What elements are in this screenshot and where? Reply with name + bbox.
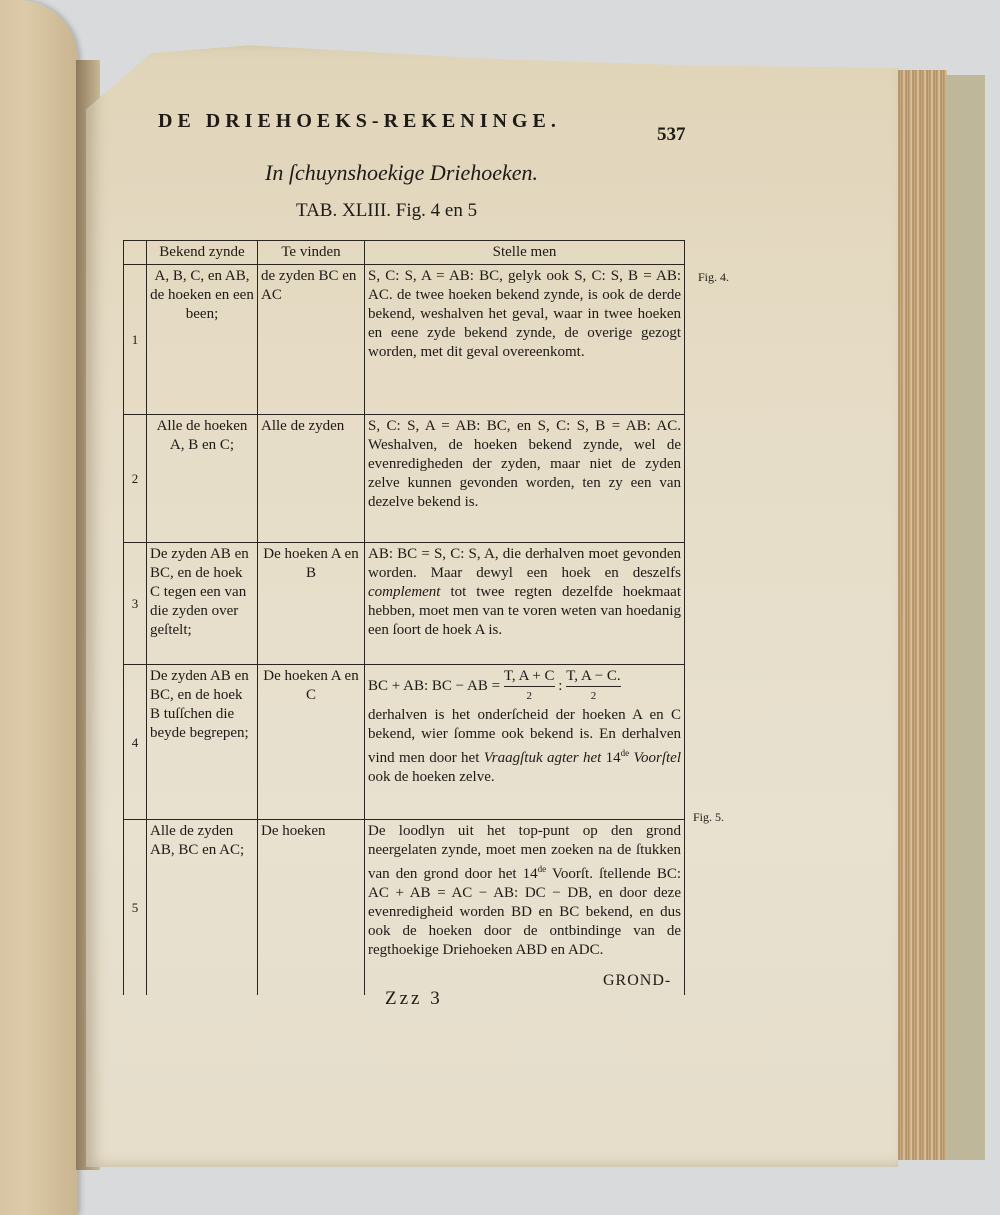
solution-cell: AB: BC = S, C: S, A, die derhalven moet …: [365, 543, 685, 665]
formula-separator: :: [558, 678, 562, 694]
row-number: 4: [124, 665, 147, 820]
triangle-cases-table: Bekend zynde Te vinden Stelle men 1 A, B…: [123, 240, 685, 995]
fraction-2-num: T, A − C.: [566, 667, 620, 686]
row-number: 3: [124, 543, 147, 665]
row-number: 2: [124, 415, 147, 543]
margin-note-fig5: Fig. 5.: [693, 810, 724, 825]
header-solution: Stelle men: [365, 241, 685, 265]
proportion-formula: BC + AB: BC − AB = T, A + C2 : T, A − C.…: [368, 667, 681, 706]
known-cell: A, B, C, en AB, de hoeken en een been;: [147, 265, 258, 415]
section-subtitle: In ſchuynshoekige Driehoeken.: [265, 160, 538, 186]
row-number: 5: [124, 820, 147, 995]
fraction-1: T, A + C2: [504, 667, 555, 706]
page-number: 537: [657, 124, 686, 146]
known-cell: Alle de hoeken A, B en C;: [147, 415, 258, 543]
solution-cell: S, C: S, A = AB: BC, gelyk ook S, C: S, …: [365, 265, 685, 415]
proposition-number: 14: [601, 750, 620, 766]
find-cell: De hoeken A en C: [258, 665, 365, 820]
solution-cell: De loodlyn uit het top-punt op den grond…: [365, 820, 685, 995]
table-row: 1 A, B, C, en AB, de hoeken en een been;…: [124, 265, 685, 415]
known-cell: De zyden AB en BC, en de hoek C tegen ee…: [147, 543, 258, 665]
ordinal-suffix: de: [538, 864, 547, 874]
fraction-1-den: 2: [504, 686, 555, 706]
running-head: DE DRIEHOEKS-REKENINGE.: [158, 110, 561, 133]
find-cell: de zyden BC en AC: [258, 265, 365, 415]
formula-lhs: BC + AB: BC − AB =: [368, 678, 500, 694]
table-row: 3 De zyden AB en BC, en de hoek C tegen …: [124, 543, 685, 665]
header-num: [124, 241, 147, 265]
fraction-2-den: 2: [566, 686, 620, 706]
margin-note-fig4: Fig. 4.: [698, 270, 729, 285]
signature-mark: Zzz 3: [385, 988, 443, 1010]
row-number: 1: [124, 265, 147, 415]
known-cell: De zyden AB en BC, en de hoek B tuſſchen…: [147, 665, 258, 820]
header-known: Bekend zynde: [147, 241, 258, 265]
book-cover-edge: [945, 75, 985, 1160]
solution-cell: S, C: S, A = AB: BC, en S, C: S, B = AB:…: [365, 415, 685, 543]
table-reference: TAB. XLIII. Fig. 4 en 5: [296, 200, 477, 222]
fraction-2: T, A − C.2: [566, 667, 620, 706]
solution-italic-ref: Vraagſtuk agter het: [484, 750, 602, 766]
ordinal-suffix: de: [621, 748, 630, 758]
solution-cell: BC + AB: BC − AB = T, A + C2 : T, A − C.…: [365, 665, 685, 820]
solution-text: AB: BC = S, C: S, A, die derhalven moet …: [368, 546, 681, 581]
table-row: 2 Alle de hoeken A, B en C; Alle de zyde…: [124, 415, 685, 543]
find-cell: De hoeken: [258, 820, 365, 995]
catchword: GROND-: [603, 972, 671, 990]
fraction-1-num: T, A + C: [504, 667, 555, 686]
table-row: 5 Alle de zyden AB, BC en AC; De hoeken …: [124, 820, 685, 995]
known-cell: Alle de zyden AB, BC en AC;: [147, 820, 258, 995]
table-header-row: Bekend zynde Te vinden Stelle men: [124, 241, 685, 265]
find-cell: Alle de zyden: [258, 415, 365, 543]
header-find: Te vinden: [258, 241, 365, 265]
solution-italic-ref-2: Voorſtel: [629, 750, 681, 766]
solution-text-cont: ook de hoeken zelve.: [368, 769, 495, 785]
left-page-edge: [0, 0, 78, 1215]
solution-italic-term: complement: [368, 584, 440, 600]
table-row: 4 De zyden AB en BC, en de hoek B tuſſch…: [124, 665, 685, 820]
find-cell: De hoeken A en B: [258, 543, 365, 665]
